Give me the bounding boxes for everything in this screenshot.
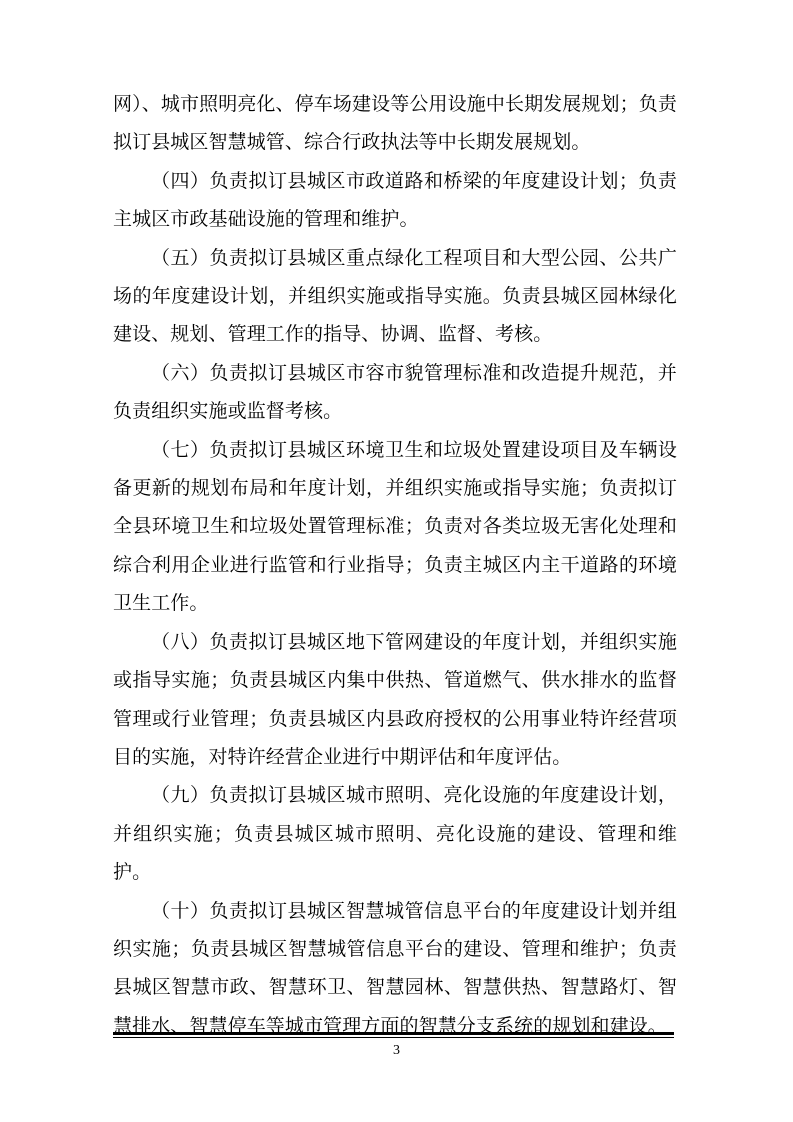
paragraph-item-9: （九）负责拟订县城区城市照明、亮化设施的年度建设计划，并组织实施；负责县城区城市… <box>113 777 677 892</box>
paragraph-item-5: （五）负责拟订县城区重点绿化工程项目和大型公园、公共广场的年度建设计划，并组织实… <box>113 240 677 355</box>
paragraph-item-7: （七）负责拟订县城区环境卫生和垃圾处置建设项目及车辆设备更新的规划布局和年度计划… <box>113 432 677 624</box>
page-number: 3 <box>0 1042 793 1060</box>
document-page: 网）、城市照明亮化、停车场建设等公用设施中长期发展规划；负责拟订县城区智慧城管、… <box>0 0 793 1122</box>
paragraph-item-4: （四）负责拟订县城区市政道路和桥梁的年度建设计划；负责主城区市政基础设施的管理和… <box>113 163 677 240</box>
document-body: 网）、城市照明亮化、停车场建设等公用设施中长期发展规划；负责拟订县城区智慧城管、… <box>113 86 677 1046</box>
paragraph-item-10: （十）负责拟订县城区智慧城管信息平台的年度建设计划并组织实施；负责县城区智慧城管… <box>113 893 677 1047</box>
paragraph-item-8: （八）负责拟订县城区地下管网建设的年度计划，并组织实施或指导实施；负责县城区内集… <box>113 624 677 778</box>
paragraph-continuation: 网）、城市照明亮化、停车场建设等公用设施中长期发展规划；负责拟订县城区智慧城管、… <box>113 86 677 163</box>
paragraph-item-6: （六）负责拟订县城区市容市貌管理标准和改造提升规范，并负责组织实施或监督考核。 <box>113 355 677 432</box>
footer-divider <box>113 1032 674 1038</box>
